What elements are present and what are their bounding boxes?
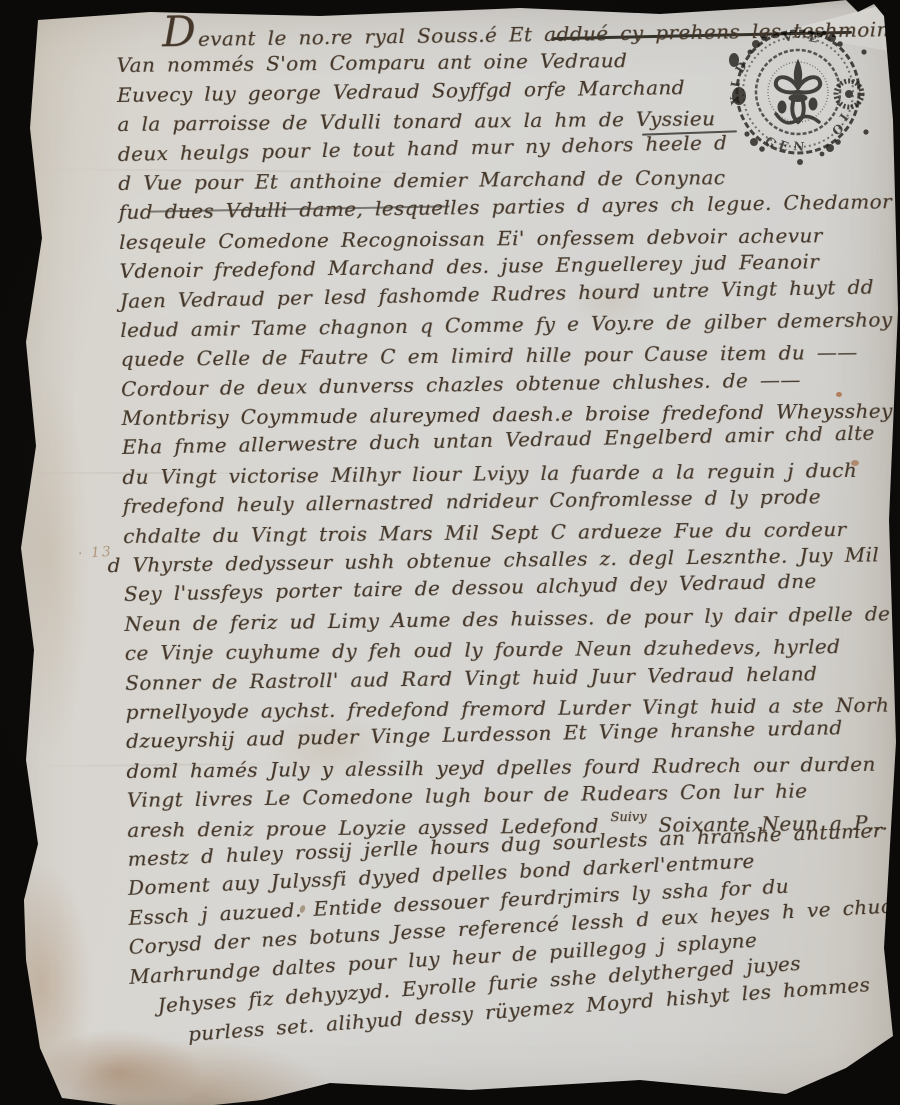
stamp-letter: I xyxy=(728,80,743,88)
fleur-de-lis-icon xyxy=(776,60,820,123)
stamp-letter: E xyxy=(807,30,818,45)
stamp-letter: I xyxy=(837,111,852,124)
stamp-letter: E xyxy=(777,138,790,154)
paper-sheet: · 13 Devant le no.re ryal Souss.é Et add… xyxy=(0,0,900,1105)
fiscal-ink-stamp: V E D I X G E N O I xyxy=(712,14,884,172)
stamp-letter: N xyxy=(793,139,805,154)
interlinear-insertion: Suivy xyxy=(610,809,646,824)
photo-background: · 13 Devant le no.re ryal Souss.é Et add… xyxy=(0,0,900,1105)
